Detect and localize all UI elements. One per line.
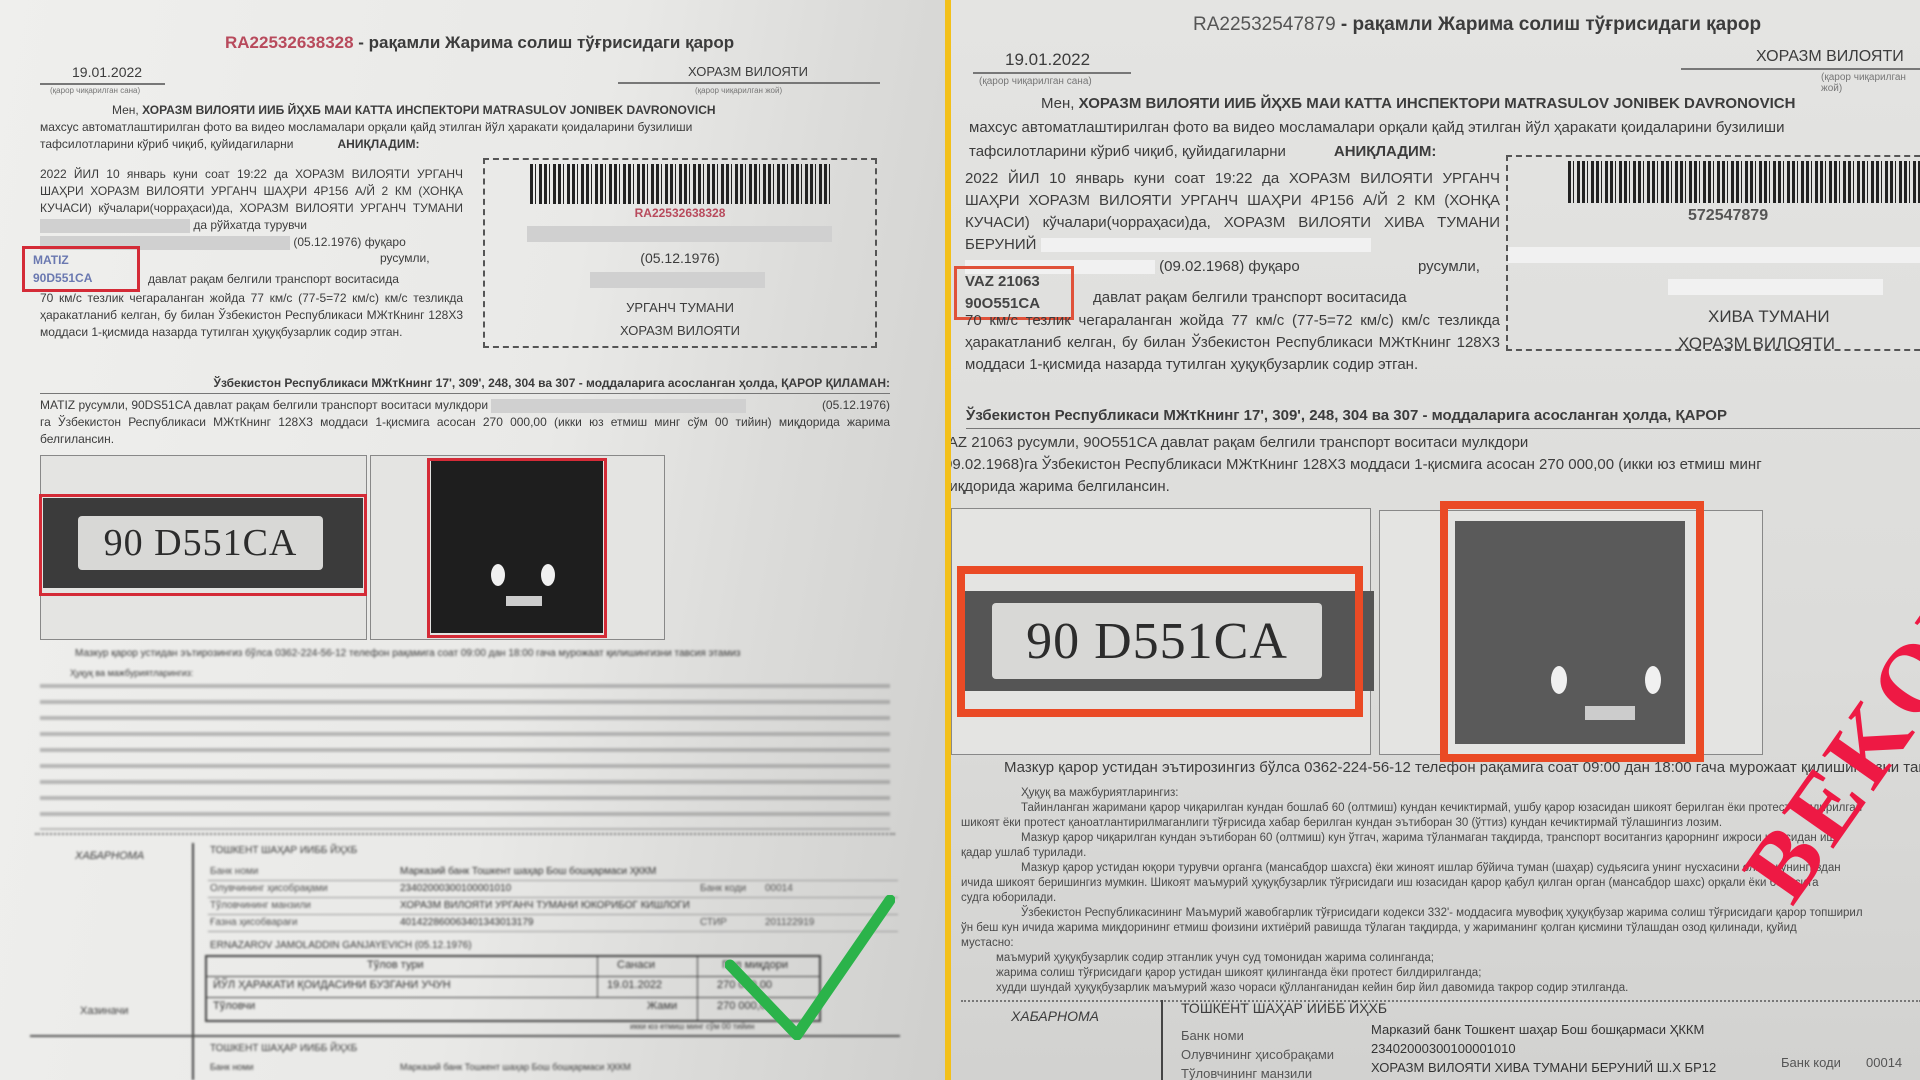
box-region: ХОРАЗМ ВИЛОЯТИ xyxy=(485,323,875,338)
redacted-address xyxy=(1668,279,1883,295)
left-document: RA22532638328 - рақамли Жарима солиш тўғ… xyxy=(0,0,945,1080)
decision-number: RA22532638328 xyxy=(225,33,354,52)
redacted-name xyxy=(491,399,746,413)
vehicle-model: VAZ 21063 xyxy=(965,271,1063,293)
decision-number: RA22532547879 xyxy=(1193,14,1336,35)
barcode xyxy=(1568,161,1920,203)
notice-divider xyxy=(1161,1000,1163,1080)
date-caption: (қарор чиқарилган сана) xyxy=(979,76,1092,87)
ruling-paragraph: MATIZ русумли, 90DS51CA давлат рақам бел… xyxy=(40,397,890,448)
bank-row-label: Банк номи xyxy=(1181,1028,1244,1043)
payer-name: ERNAZAROV JAMOLADDIN GANJAYEVICH (05.12.… xyxy=(210,940,472,951)
right-document: RA22532547879 - рақамли Жарима солиш тўғ… xyxy=(951,0,1920,1080)
notice-org: ТОШКЕНТ ШАҲАР ИИББ ЙҲХБ xyxy=(1181,1000,1387,1016)
plate-suffix: давлат рақам белгили транспорт воситасид… xyxy=(1093,287,1407,309)
notice-label: ХАБАРНОМА xyxy=(75,850,144,862)
redacted-address xyxy=(590,272,765,288)
divider xyxy=(618,82,880,84)
divider xyxy=(40,393,890,394)
bank-row-value: ХОРАЗМ ВИЛОЯТИ ХИВА ТУМАНИ БЕРУНИЙ Ш.Х Б… xyxy=(1371,1060,1716,1075)
violation-details: 70 км/с тезлик чегараланган жойда 77 км/… xyxy=(965,310,1500,376)
notice-label: ХАБАРНОМА xyxy=(1011,1008,1099,1024)
document-title: RA22532547879 - рақамли Жарима солиш тўғ… xyxy=(1193,14,1761,36)
bank-row-label: Ғазна ҳисобварағи xyxy=(210,917,297,928)
intro-paragraph: Мен, ХОРАЗМ ВИЛОЯТИ ИИБ ЙҲХБ МАИ КАТТА И… xyxy=(969,92,1919,164)
place-caption: (қарор чиқарилган жой) xyxy=(695,86,782,95)
bank-row-label: Тўловчининг манзили xyxy=(210,900,311,911)
decision-place: ХОРАЗМ ВИЛОЯТИ xyxy=(1756,48,1904,66)
bank-row-label: Банк номи xyxy=(210,866,258,877)
divider xyxy=(1681,68,1920,70)
divider xyxy=(40,83,165,85)
plate-highlight-box xyxy=(39,494,367,596)
check-icon xyxy=(725,895,895,1040)
barcode-box: 572547879 ХИВА ТУМАНИ ХОРАЗМ ВИЛОЯТИ xyxy=(1506,155,1920,351)
box-district: УРГАНЧ ТУМАНИ xyxy=(485,300,875,315)
intro-paragraph: Мен, ХОРАЗМ ВИЛОЯТИ ИИБ ЙҲХБ МАИ КАТТА И… xyxy=(40,102,880,153)
notice-org: ТОШКЕНТ ШАҲАР ИИББ ЙҲХБ xyxy=(210,845,357,856)
vehicle-model: MATIZ xyxy=(33,251,129,269)
divider xyxy=(966,428,1920,429)
place-caption: (қарор чиқарилган жой) xyxy=(1821,72,1920,94)
box-district: ХИВА ТУМАНИ xyxy=(1708,307,1830,327)
plate-highlight-box xyxy=(957,566,1363,717)
barcode xyxy=(530,164,830,204)
notice-org-2: ТОШКЕНТ ШАҲАР ИИББ ЙҲХБ xyxy=(210,1043,357,1054)
bank-row-label: Олувчининг ҳисобрақами xyxy=(1181,1047,1334,1062)
cashier-label: Хазиначи xyxy=(80,1005,128,1017)
barcode-box: RA22532638328 (05.12.1976) УРГАНЧ ТУМАНИ… xyxy=(483,158,877,348)
bank-row-label: Тўловчининг манзили xyxy=(1181,1066,1312,1080)
bank-row-value: 23402000300100001010 xyxy=(1371,1041,1516,1056)
inspector-name: ХОРАЗМ ВИЛОЯТИ ИИБ ЙҲХБ МАИ КАТТА ИНСПЕК… xyxy=(142,103,715,117)
violation-details: 70 км/с тезлик чегараланган жойда 77 км/… xyxy=(40,290,463,341)
cut-line xyxy=(35,833,895,835)
bank-row-value: Марказий банк Тошкент шаҳар Бош бошқарма… xyxy=(400,866,656,877)
rights-line: худди шундай ҳуқуқбузарлик маъмурий жазо… xyxy=(961,981,1920,996)
document-title: RA22532638328 - рақамли Жарима солиш тўғ… xyxy=(225,33,734,53)
cut-line xyxy=(961,1000,1920,1002)
appeal-text: Мазкур қарор устидан эътирозингиз бўлса … xyxy=(75,645,741,662)
decision-date: 19.01.2022 xyxy=(72,64,142,80)
decision-place: ХОРАЗМ ВИЛОЯТИ xyxy=(688,64,808,79)
ruling-heading: Ўзбекистон Республикаси МЖтКнинг 17', 30… xyxy=(966,405,1727,427)
plate-photo-cell: 90 D551CA xyxy=(951,508,1371,755)
redacted-name xyxy=(1508,247,1920,263)
bank-row-label: Олувчининг ҳисобрақами xyxy=(210,883,328,894)
plate-photo-cell: 90 D551CA xyxy=(40,455,367,640)
bank-row-value: Марказий банк Тошкент шаҳар Бош бошқарма… xyxy=(1371,1022,1704,1037)
redacted-name xyxy=(527,226,832,242)
vehicle-highlight-box: MATIZ 90D551CA xyxy=(22,246,140,292)
ruling-heading: Ўзбекистон Республикаси МЖтКнинг 17', 30… xyxy=(40,375,890,392)
redacted-name xyxy=(1041,238,1371,252)
rights-text-block xyxy=(40,680,890,830)
bank-row-value: 401422860063401343013179 xyxy=(400,917,533,928)
notice-divider xyxy=(192,843,194,1080)
car-photo-cell xyxy=(1379,510,1763,755)
date-caption: (қарор чиқарилган сана) xyxy=(50,86,140,95)
decision-date: 19.01.2022 xyxy=(1005,50,1090,70)
redacted-name xyxy=(40,219,190,233)
brand-label: русумли, xyxy=(1418,256,1480,278)
inspector-name: ХОРАЗМ ВИЛОЯТИ ИИБ ЙҲХБ МАИ КАТТА ИНСПЕК… xyxy=(1079,95,1796,112)
car-photo-cell xyxy=(370,455,665,640)
divider xyxy=(973,72,1131,74)
violation-paragraph: 2022 ЙИЛ 10 январь куни соат 19:22 да ХО… xyxy=(40,166,463,251)
bank-row-value: 23402000300100001010 xyxy=(400,883,511,894)
ruling-paragraph: VAZ 21063 русумли, 90O551CA давлат рақам… xyxy=(951,432,1920,498)
car-highlight-box xyxy=(427,458,607,638)
box-birth-date: (05.12.1976) xyxy=(485,250,875,266)
vehicle-plate: 90D551CA xyxy=(33,269,129,287)
plate-suffix: давлат рақам белгили транспорт воситасид… xyxy=(148,271,399,288)
car-highlight-box xyxy=(1440,501,1704,762)
barcode-number: 572547879 xyxy=(1688,207,1768,225)
barcode-number: RA22532638328 xyxy=(485,206,875,220)
bank-row-value: ХОРАЗМ ВИЛОЯТИ УРГАНЧ ТУМАНИ ЮКОРИБОГ КИ… xyxy=(400,900,690,911)
box-region: ХОРАЗМ ВИЛОЯТИ xyxy=(1678,334,1835,354)
brand-label: русумли, xyxy=(380,250,430,267)
